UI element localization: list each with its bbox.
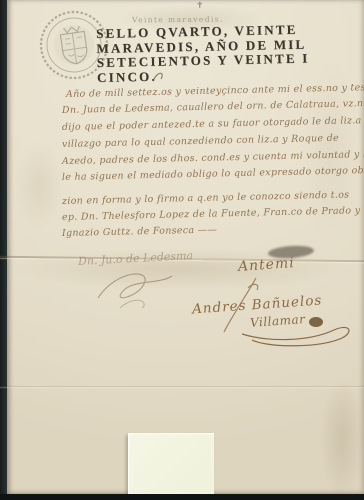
cross-mark: ✝ xyxy=(196,1,204,11)
scanned-manuscript-page: ✝ Veinte maravedis. SELLO QVARTO, VEINTE… xyxy=(0,0,364,500)
sticky-note xyxy=(128,433,214,495)
rubric-flourish-icon xyxy=(150,68,170,84)
rubric-flourish-icon xyxy=(238,316,358,350)
rubric-flourish-icon xyxy=(90,264,185,312)
scanner-background-bottom xyxy=(0,494,364,500)
letterpress-stamp-block: SELLO QVARTO, VEINTE MARAVEDIS, AÑO DE M… xyxy=(96,23,310,85)
